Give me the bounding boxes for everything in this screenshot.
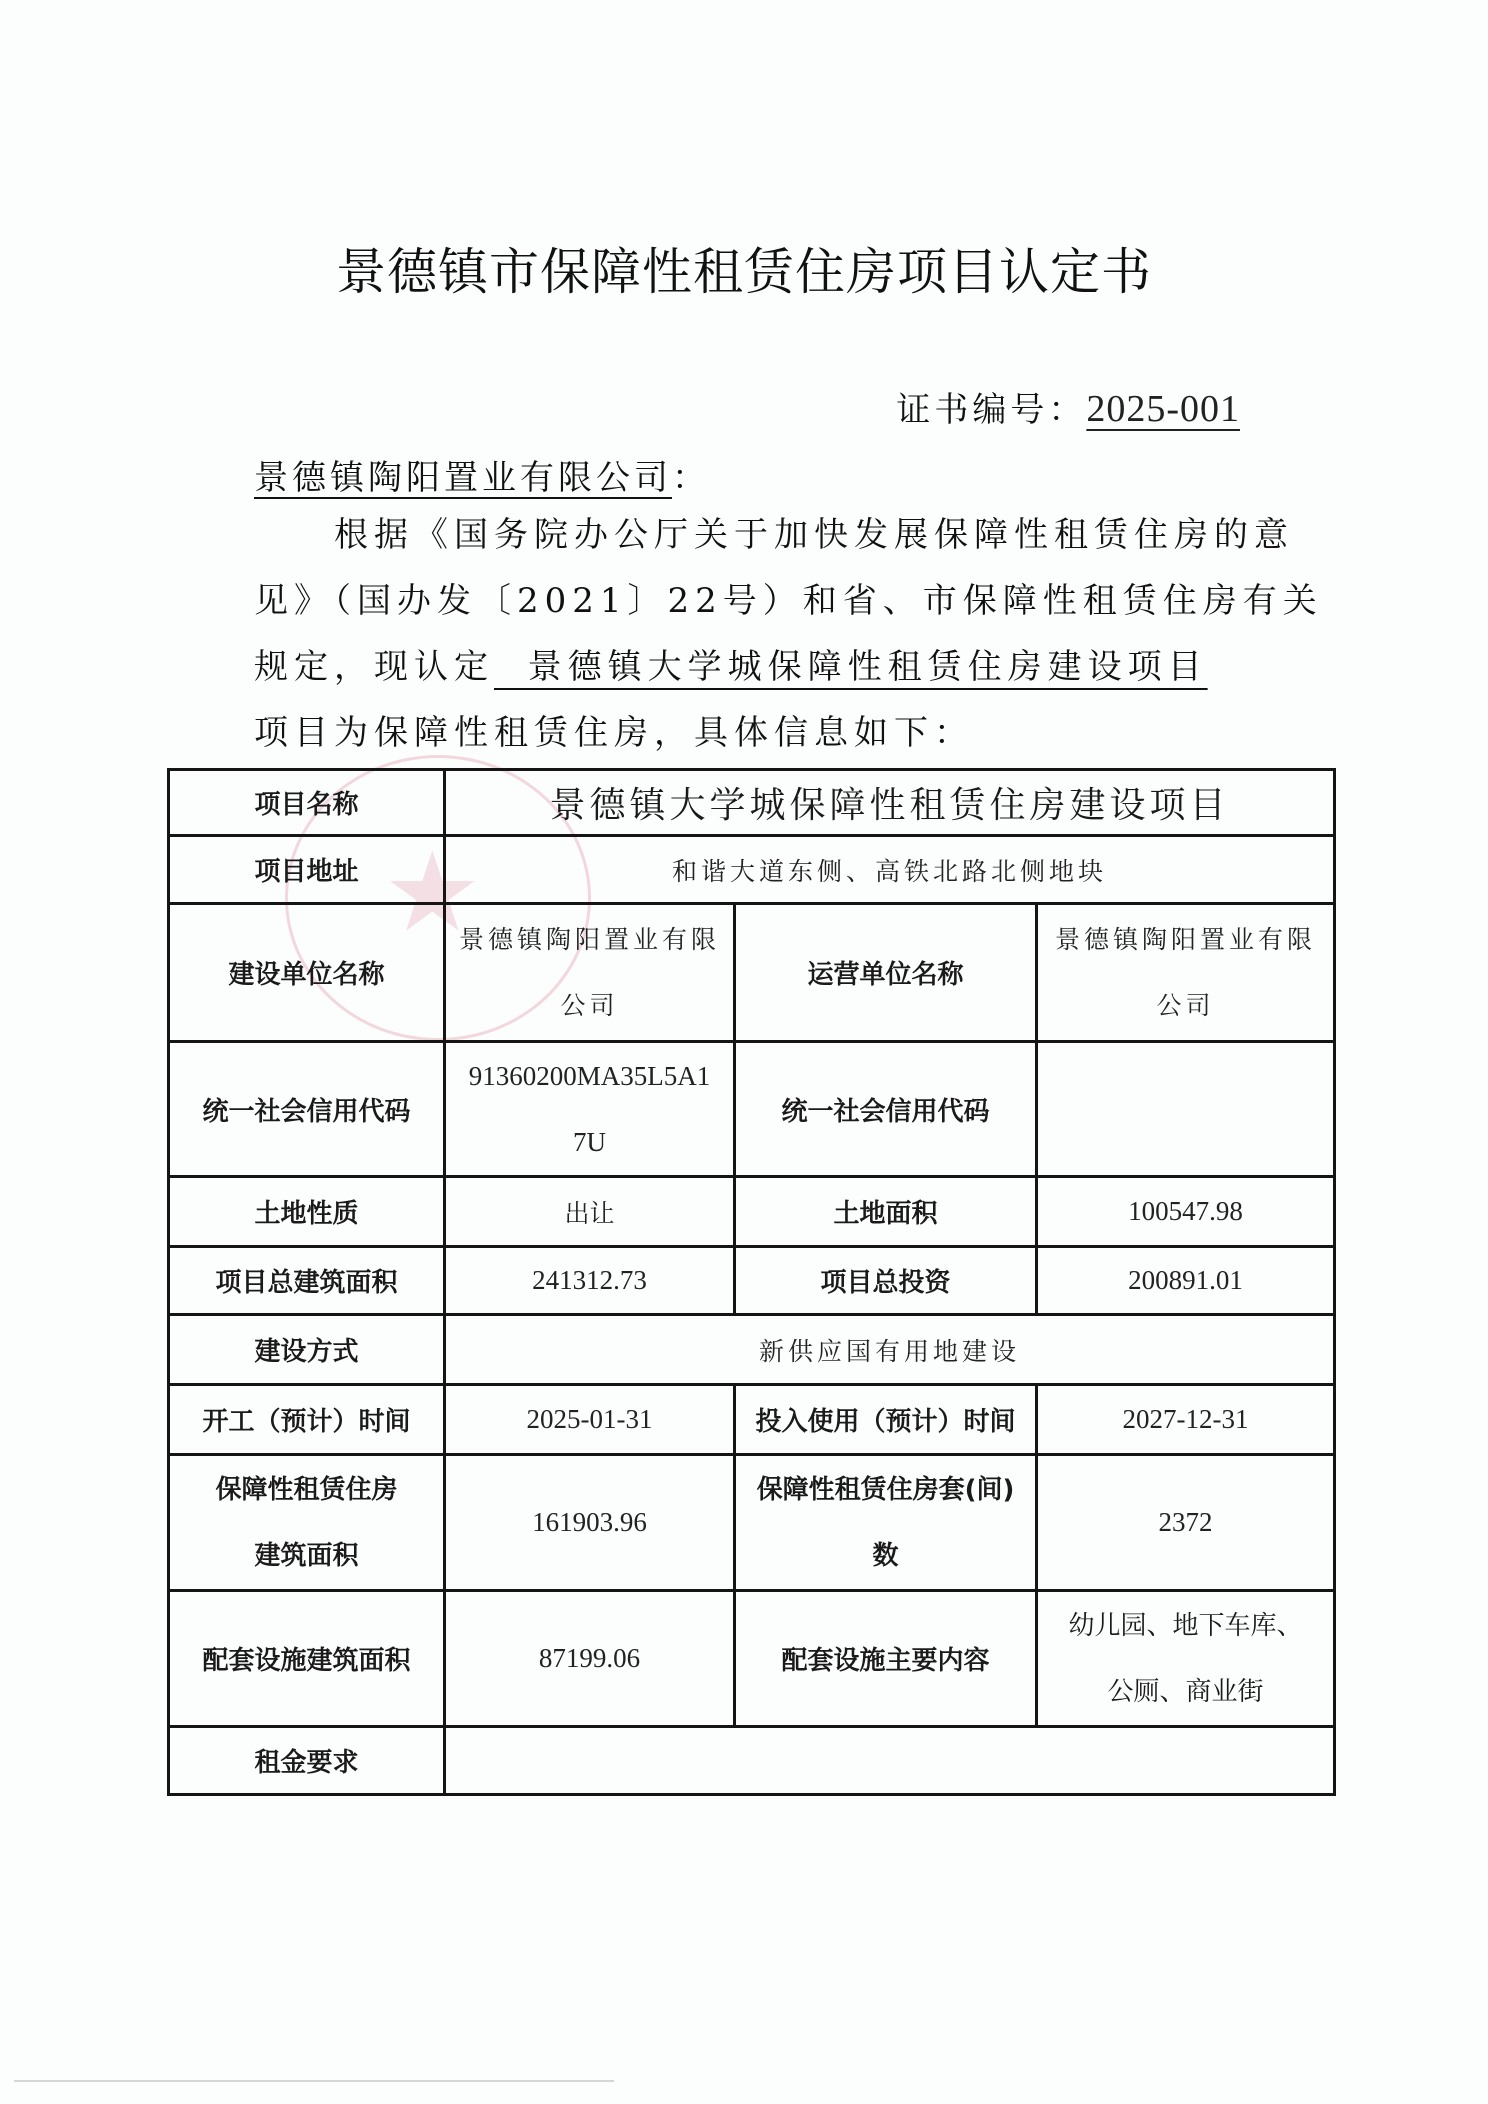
addressee-company: 景德镇陶阳置业有限公司 xyxy=(254,458,672,498)
project-address-label: 项目地址 xyxy=(169,836,445,904)
land-nature-value: 出让 xyxy=(445,1177,735,1247)
table-row: 项目地址 和谐大道东侧、高铁北路北侧地块 xyxy=(169,836,1335,904)
certificate-number-line: 证书编号：2025-001 xyxy=(896,382,1240,431)
rent-requirement-value xyxy=(445,1727,1335,1795)
certificate-label: 证书编号： xyxy=(896,390,1086,430)
body-paragraph: 根据《国务院办公厅关于加快发展保障性租赁住房的意 见》（国办发〔2021〕22号… xyxy=(254,502,1264,766)
certificate-number: 2025-001 xyxy=(1086,388,1240,430)
body-line-3-prefix: 规定，现认定 xyxy=(254,647,494,687)
body-line-4: 项目为保障性租赁住房，具体信息如下： xyxy=(254,700,1264,766)
table-row: 建设方式 新供应国有用地建设 xyxy=(169,1315,1335,1385)
operator-credit-code-label: 统一社会信用代码 xyxy=(735,1042,1037,1177)
rental-area-value: 161903.96 xyxy=(445,1455,735,1591)
construction-method-value: 新供应国有用地建设 xyxy=(445,1315,1335,1385)
body-line-2: 见》（国办发〔2021〕22号）和省、市保障性租赁住房有关 xyxy=(254,568,1264,634)
table-row: 统一社会信用代码 91360200MA35L5A1 7U 统一社会信用代码 xyxy=(169,1042,1335,1177)
operator-value-line-1: 景德镇陶阳置业有限 xyxy=(1042,907,1329,973)
construction-method-label: 建设方式 xyxy=(169,1315,445,1385)
project-address-value: 和谐大道东侧、高铁北路北侧地块 xyxy=(445,836,1335,904)
builder-credit-code-label: 统一社会信用代码 xyxy=(169,1042,445,1177)
document-title: 景德镇市保障性租赁住房项目认定书 xyxy=(0,232,1488,304)
table-row: 保障性租赁住房 建筑面积 161903.96 保障性租赁住房套(间) 数 237… xyxy=(169,1455,1335,1591)
builder-credit-code-value: 91360200MA35L5A1 7U xyxy=(445,1042,735,1177)
facility-area-label: 配套设施建筑面积 xyxy=(169,1591,445,1727)
table-row: 项目名称 景德镇大学城保障性租赁住房建设项目 xyxy=(169,770,1335,836)
operator-label: 运营单位名称 xyxy=(735,904,1037,1042)
start-time-label: 开工（预计）时间 xyxy=(169,1385,445,1455)
facility-content-line-2: 公厕、商业街 xyxy=(1042,1659,1329,1725)
table-row: 开工（预计）时间 2025-01-31 投入使用（预计）时间 2027-12-3… xyxy=(169,1385,1335,1455)
project-name-label: 项目名称 xyxy=(169,770,445,836)
builder-credit-code-line-2: 7U xyxy=(450,1109,729,1175)
addressee-line: 景德镇陶阳置业有限公司： xyxy=(254,450,710,499)
project-info-table: 项目名称 景德镇大学城保障性租赁住房建设项目 项目地址 和谐大道东侧、高铁北路北… xyxy=(167,768,1336,1796)
document-page: 景德镇市保障性租赁住房项目认定书 证书编号：2025-001 景德镇陶阳置业有限… xyxy=(0,0,1488,2104)
facility-content-line-1: 幼儿园、地下车库、 xyxy=(1042,1593,1329,1659)
rent-requirement-label: 租金要求 xyxy=(169,1727,445,1795)
facility-area-value: 87199.06 xyxy=(445,1591,735,1727)
recognized-project-name: 景德镇大学城保障性租赁住房建设项目 xyxy=(494,647,1208,687)
land-area-label: 土地面积 xyxy=(735,1177,1037,1247)
project-name-value: 景德镇大学城保障性租赁住房建设项目 xyxy=(445,770,1335,836)
builder-label: 建设单位名称 xyxy=(169,904,445,1042)
use-time-value: 2027-12-31 xyxy=(1037,1385,1335,1455)
table-row: 土地性质 出让 土地面积 100547.98 xyxy=(169,1177,1335,1247)
operator-value: 景德镇陶阳置业有限 公司 xyxy=(1037,904,1335,1042)
body-line-1: 根据《国务院办公厅关于加快发展保障性租赁住房的意 xyxy=(254,502,1264,568)
builder-credit-code-line-1: 91360200MA35L5A1 xyxy=(450,1043,729,1109)
total-floor-area-label: 项目总建筑面积 xyxy=(169,1247,445,1315)
rental-units-label-line-2: 数 xyxy=(740,1523,1031,1589)
start-time-value: 2025-01-31 xyxy=(445,1385,735,1455)
operator-credit-code-value xyxy=(1037,1042,1335,1177)
addressee-colon: ： xyxy=(672,458,710,498)
builder-value-line-1: 景德镇陶阳置业有限 xyxy=(450,907,729,973)
body-line-3: 规定，现认定 景德镇大学城保障性租赁住房建设项目 xyxy=(254,634,1264,700)
land-area-value: 100547.98 xyxy=(1037,1177,1335,1247)
land-nature-label: 土地性质 xyxy=(169,1177,445,1247)
facility-content-label: 配套设施主要内容 xyxy=(735,1591,1037,1727)
builder-value: 景德镇陶阳置业有限 公司 xyxy=(445,904,735,1042)
table-row: 建设单位名称 景德镇陶阳置业有限 公司 运营单位名称 景德镇陶阳置业有限 公司 xyxy=(169,904,1335,1042)
rental-units-value: 2372 xyxy=(1037,1455,1335,1591)
table-row: 配套设施建筑面积 87199.06 配套设施主要内容 幼儿园、地下车库、 公厕、… xyxy=(169,1591,1335,1727)
table-row: 租金要求 xyxy=(169,1727,1335,1795)
builder-value-line-2: 公司 xyxy=(450,973,729,1039)
rental-area-label: 保障性租赁住房 建筑面积 xyxy=(169,1455,445,1591)
rental-area-label-line-1: 保障性租赁住房 xyxy=(174,1457,439,1523)
total-investment-label: 项目总投资 xyxy=(735,1247,1037,1315)
use-time-label: 投入使用（预计）时间 xyxy=(735,1385,1037,1455)
facility-content-value: 幼儿园、地下车库、 公厕、商业街 xyxy=(1037,1591,1335,1727)
total-investment-value: 200891.01 xyxy=(1037,1247,1335,1315)
rental-units-label: 保障性租赁住房套(间) 数 xyxy=(735,1455,1037,1591)
rental-area-label-line-2: 建筑面积 xyxy=(174,1523,439,1589)
table-row: 项目总建筑面积 241312.73 项目总投资 200891.01 xyxy=(169,1247,1335,1315)
scan-edge-line xyxy=(14,2080,614,2082)
rental-units-label-line-1: 保障性租赁住房套(间) xyxy=(740,1457,1031,1523)
total-floor-area-value: 241312.73 xyxy=(445,1247,735,1315)
operator-value-line-2: 公司 xyxy=(1042,973,1329,1039)
